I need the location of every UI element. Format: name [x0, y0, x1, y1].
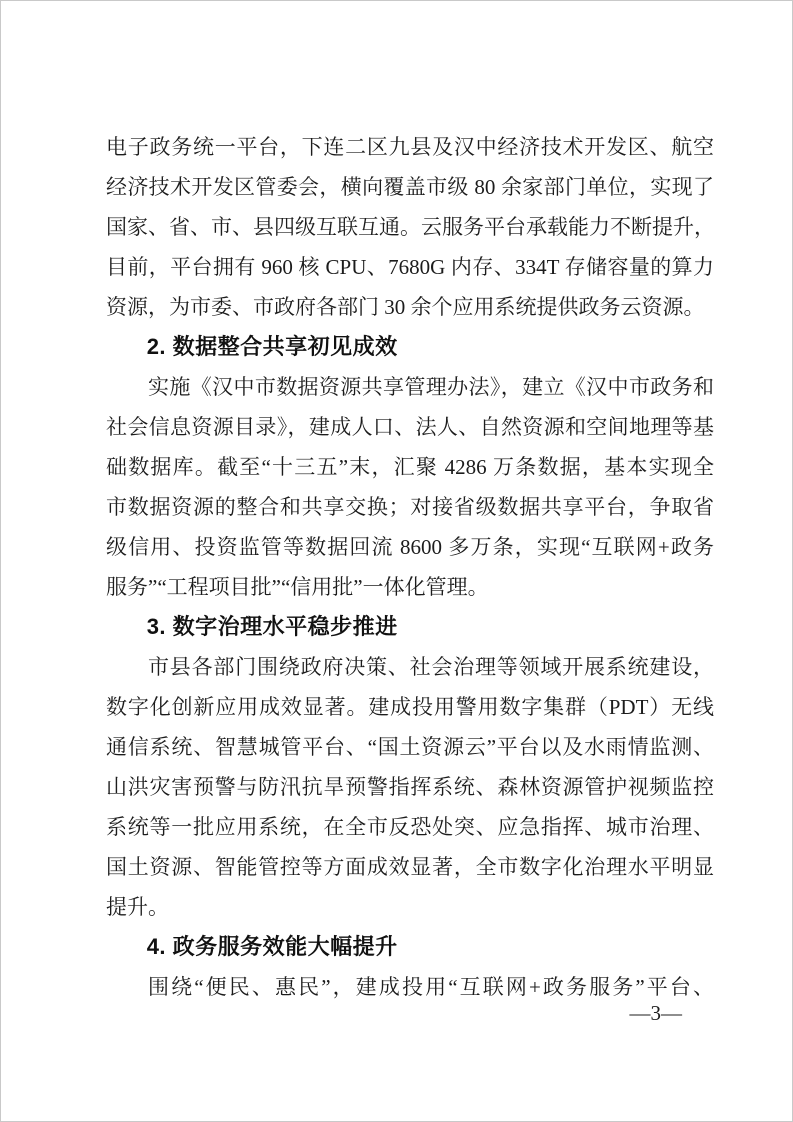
section-heading: 3. 数字治理水平稳步推进 [106, 607, 714, 647]
text-line: 通信系统、智慧城管平台、“国土资源云”平台以及水雨情监测、 [106, 727, 714, 767]
text-line: 市数据资源的整合和共享交换；对接省级数据共享平台，争取省 [106, 487, 714, 527]
paragraph: 实施《汉中市数据资源共享管理办法》，建立《汉中市政务和社会信息资源目录》，建成人… [106, 367, 714, 607]
section-heading: 2. 数据整合共享初见成效 [106, 327, 714, 367]
paragraph: 围绕“便民、惠民”，建成投用“互联网+政务服务”平台、 [106, 967, 714, 1007]
paragraph: 市县各部门围绕政府决策、社会治理等领域开展系统建设，数字化创新应用成效显著。建成… [106, 647, 714, 927]
text-line: 服务”“工程项目批”“信用批”一体化管理。 [106, 567, 714, 607]
text-line: 经济技术开发区管委会，横向覆盖市级 80 余家部门单位，实现了 [106, 167, 714, 207]
page-number: —3— [630, 1001, 683, 1025]
text-line: 数字化创新应用成效显著。建成投用警用数字集群（PDT）无线 [106, 687, 714, 727]
text-line: 围绕“便民、惠民”，建成投用“互联网+政务服务”平台、 [106, 967, 714, 1007]
text-line: 山洪灾害预警与防汛抗旱预警指挥系统、森林资源管护视频监控 [106, 767, 714, 807]
section-heading: 4. 政务服务效能大幅提升 [106, 927, 714, 967]
text-line: 目前，平台拥有 960 核 CPU、7680G 内存、334T 存储容量的算力 [106, 247, 714, 287]
text-line: 国土资源、智能管控等方面成效显著，全市数字化治理水平明显 [106, 847, 714, 887]
text-line: 系统等一批应用系统，在全市反恐处突、应急指挥、城市治理、 [106, 807, 714, 847]
text-line: 电子政务统一平台，下连二区九县及汉中经济技术开发区、航空 [106, 127, 714, 167]
text-line: 市县各部门围绕政府决策、社会治理等领域开展系统建设， [106, 647, 714, 687]
text-line: 资源，为市委、市政府各部门 30 余个应用系统提供政务云资源。 [106, 287, 714, 327]
text-line: 实施《汉中市数据资源共享管理办法》，建立《汉中市政务和 [106, 367, 714, 407]
document-body: 电子政务统一平台，下连二区九县及汉中经济技术开发区、航空经济技术开发区管委会，横… [106, 127, 714, 1007]
text-line: 社会信息资源目录》，建成人口、法人、自然资源和空间地理等基 [106, 407, 714, 447]
document-page: 电子政务统一平台，下连二区九县及汉中经济技术开发区、航空经济技术开发区管委会，横… [0, 0, 793, 1122]
text-line: 提升。 [106, 887, 714, 927]
paragraph: 电子政务统一平台，下连二区九县及汉中经济技术开发区、航空经济技术开发区管委会，横… [106, 127, 714, 327]
text-line: 级信用、投资监管等数据回流 8600 多万条，实现“互联网+政务 [106, 527, 714, 567]
text-line: 础数据库。截至“十三五”末，汇聚 4286 万条数据，基本实现全 [106, 447, 714, 487]
text-line: 国家、省、市、县四级互联互通。云服务平台承载能力不断提升， [106, 207, 714, 247]
